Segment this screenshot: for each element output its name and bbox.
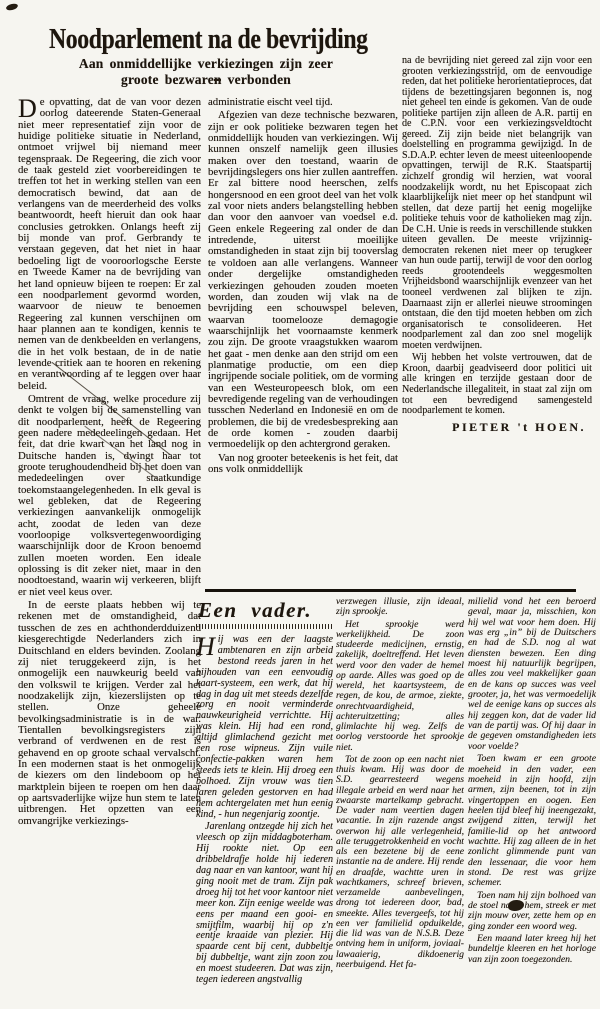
article-paragraph: Afgezien van deze technische bezwaren, z… bbox=[208, 110, 398, 450]
article-paragraph: Omtrent de vraag, welke procedure zij de… bbox=[18, 394, 201, 598]
article-title: Noodparlement na de bevrijding bbox=[14, 22, 398, 56]
article-paragraph: De opvatting, dat de van voor dezen oorl… bbox=[18, 97, 201, 392]
article-paragraph: Hij was een der laagste ambtenaren en zi… bbox=[196, 635, 333, 820]
article-paragraph: In de eerste plaats hebben wij te rekene… bbox=[18, 600, 201, 827]
article-paragraph: Tot de zoon op een nacht niet thuis kwam… bbox=[336, 755, 464, 970]
article-byline: PIETER 't HOEN. bbox=[402, 422, 592, 433]
article-column-middle: administratie eischt veel tijd. Afgezien… bbox=[208, 97, 398, 589]
article-paragraph: administratie eischt veel tijd. bbox=[208, 97, 398, 108]
scan-artifact-blot bbox=[5, 3, 18, 12]
article-subtitle-line2: groote bezwaren verbonden bbox=[14, 72, 398, 88]
article-paragraph: Jarenlang ontzegde hij zich het vleesch … bbox=[196, 822, 333, 986]
scan-artifact-dash bbox=[214, 79, 221, 81]
title-underline-ornament bbox=[196, 624, 333, 629]
article-paragraph: Van nog grooter beteekenis is het feit, … bbox=[208, 453, 398, 476]
article-paragraph: Het sprookje werd werkelijkheid. De zoon… bbox=[336, 620, 464, 753]
section-divider-rule bbox=[205, 589, 576, 592]
article-subtitle-line1: Aan onmiddellijke verkiezingen zijn zeer bbox=[14, 56, 398, 72]
article-column-left: De opvatting, dat de van voor dezen oorl… bbox=[18, 97, 201, 1009]
second-article-column-3: milielid vond het een beroerd geval, maa… bbox=[468, 597, 596, 997]
second-article-title: Een vader. bbox=[198, 598, 333, 622]
second-article-column-1: Een vader. Hij was een der laagste ambte… bbox=[196, 596, 333, 1008]
article-paragraph: na de bevrijding niet gereed zal zijn vo… bbox=[402, 56, 592, 351]
article-paragraph: verzwegen illusie, zijn ideaal, zijn spr… bbox=[336, 597, 464, 618]
article-title-text: Noodparlement na de bevrijding bbox=[49, 22, 368, 56]
article-paragraph: Een maand later kreeg hij het bundeltje … bbox=[468, 934, 596, 965]
main-article-header: Noodparlement na de bevrijding Aan onmid… bbox=[14, 22, 398, 87]
second-article-column-2: verzwegen illusie, zijn ideaal, zijn spr… bbox=[336, 597, 464, 1007]
article-paragraph: milielid vond het een beroerd geval, maa… bbox=[468, 597, 596, 752]
article-paragraph: Toen kwam er een groote moeheid in den v… bbox=[468, 754, 596, 888]
article-paragraph: Toen nam hij zijn bolhoed van de stoel n… bbox=[468, 891, 596, 932]
newspaper-page: Noodparlement na de bevrijding Aan onmid… bbox=[0, 0, 600, 1009]
article-paragraph: Wij hebben het volste vertrouwen, dat de… bbox=[402, 353, 592, 416]
article-column-right: na de bevrijding niet gereed zal zijn vo… bbox=[402, 56, 592, 580]
